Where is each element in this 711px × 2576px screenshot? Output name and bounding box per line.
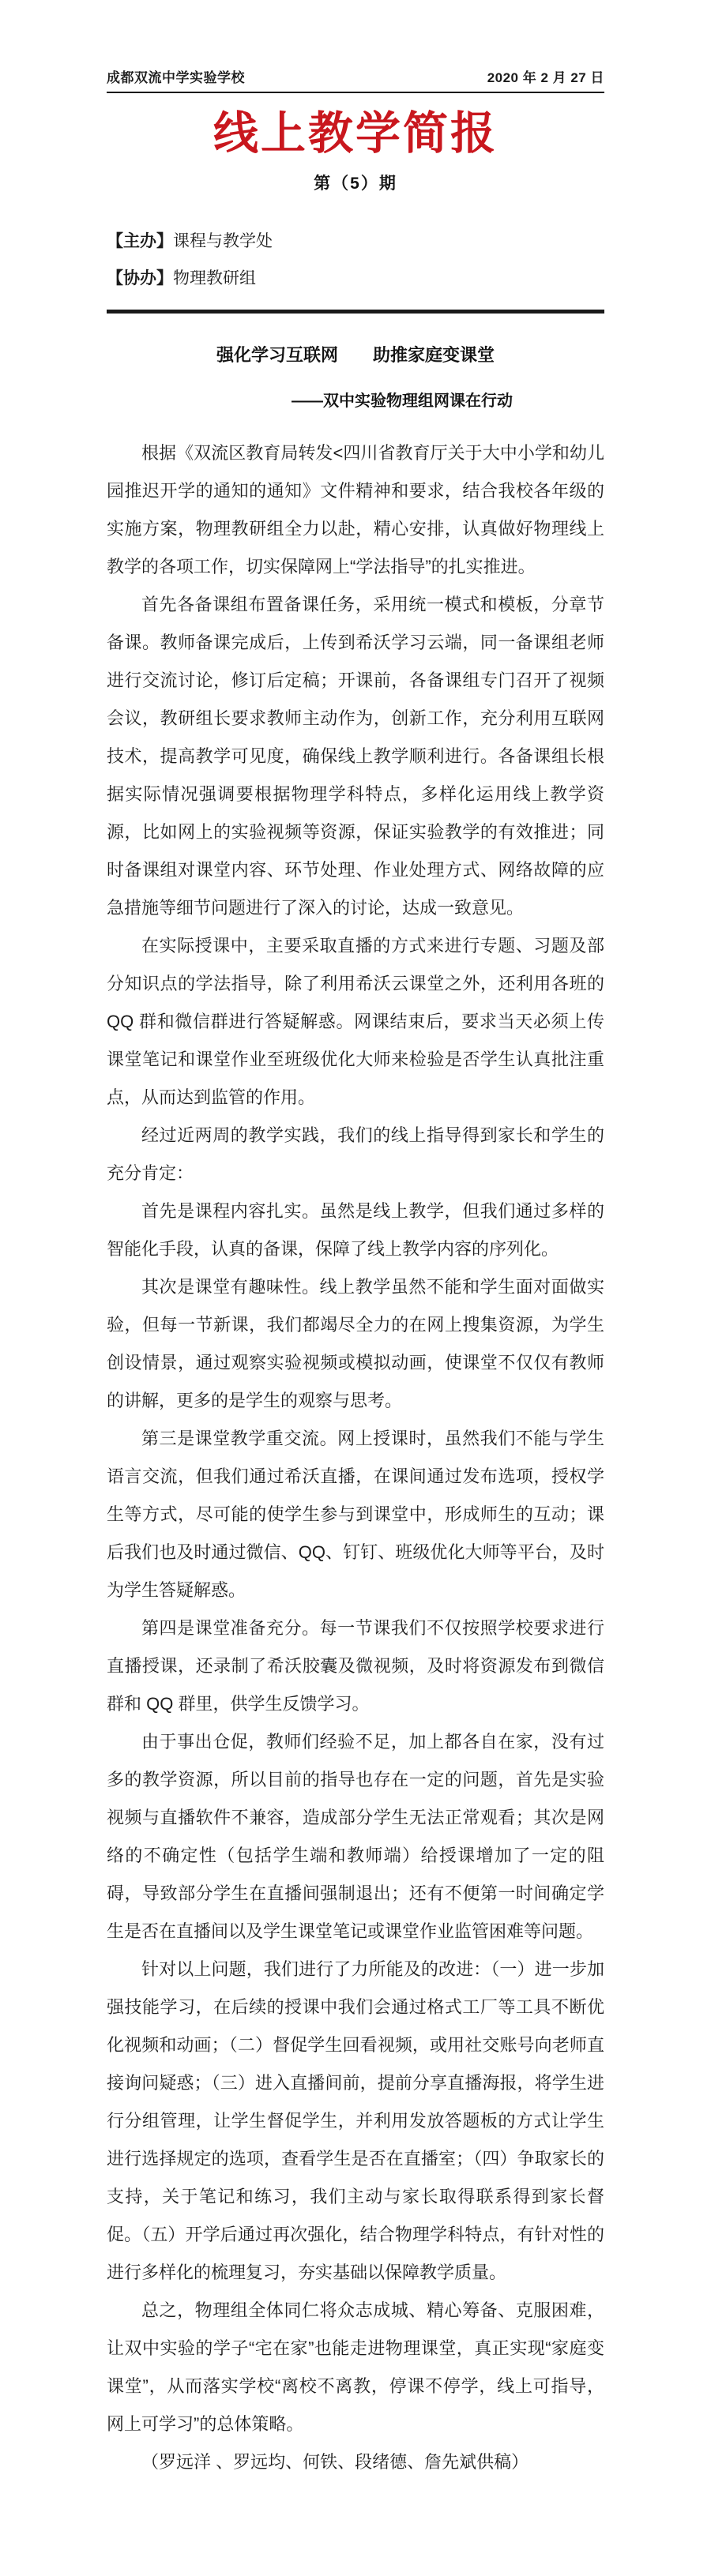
body-paragraph: 根据《双流区教育局转发<四川省教育厅关于大中小学和幼儿园推迟开学的通知的通知》文… (107, 434, 604, 586)
cohost-value: 物理教研组 (173, 269, 256, 287)
cohost-line: 【协办】物理教研组 (107, 269, 604, 288)
issue-date: 2020 年 2 月 27 日 (487, 66, 604, 86)
host-line: 【主办】课程与教学处 (107, 232, 604, 251)
article-subheadline: ——双中实验物理组网课在行动 (107, 388, 604, 411)
host-value: 课程与教学处 (173, 232, 273, 250)
body-paragraph: 首先是课程内容扎实。虽然是线上教学，但我们通过多样的智能化手段，认真的备课，保障… (107, 1192, 604, 1268)
meta-block: 【主办】课程与教学处 【协办】物理教研组 (107, 232, 604, 288)
cohost-label: 【协办】 (107, 269, 173, 287)
school-name: 成都双流中学实验学校 (107, 66, 245, 86)
body-paragraph: 由于事出仓促，教师们经验不足，加上都各自在家，没有过多的教学资源，所以目前的指导… (107, 1723, 604, 1951)
article-body: 根据《双流区教育局转发<四川省教育厅关于大中小学和幼儿园推迟开学的通知的通知》文… (107, 434, 604, 2443)
body-paragraph: 第四是课堂准备充分。每一节课我们不仅按照学校要求进行直播授课，还录制了希沃胶囊及… (107, 1609, 604, 1723)
issue-number: 第（5）期 (107, 171, 604, 194)
bulletin-title: 线上教学简报 (107, 109, 604, 159)
host-label: 【主办】 (107, 232, 173, 250)
body-paragraph: 在实际授课中，主要采取直播的方式来进行专题、习题及部分知识点的学法指导，除了利用… (107, 927, 604, 1117)
body-paragraph: 其次是课堂有趣味性。线上教学虽然不能和学生面对面做实验，但每一节新课，我们都竭尽… (107, 1268, 604, 1420)
page-header: 成都双流中学实验学校 2020 年 2 月 27 日 (107, 66, 604, 93)
byline: （罗远洋 、罗远均、何铁、段绪德、詹先斌供稿） (107, 2443, 604, 2481)
article-headline: 强化学习互联网 助推家庭变课堂 (107, 342, 604, 366)
body-paragraph: 首先各备课组布置备课任务，采用统一模式和模板，分章节备课。教师备课完成后，上传到… (107, 586, 604, 927)
body-paragraph: 第三是课堂教学重交流。网上授课时，虽然我们不能与学生语言交流，但我们通过希沃直播… (107, 1420, 604, 1609)
divider-rule (107, 310, 604, 314)
bulletin-page: 成都双流中学实验学校 2020 年 2 月 27 日 线上教学简报 第（5）期 … (0, 0, 711, 2576)
body-paragraph: 总之，物理组全体同仁将众志成城、精心筹备、克服困难，让双中实验的学子“宅在家”也… (107, 2292, 604, 2443)
body-paragraph: 针对以上问题，我们进行了力所能及的改进：（一）进一步加强技能学习，在后续的授课中… (107, 1951, 604, 2292)
body-paragraph: 经过近两周的教学实践，我们的线上指导得到家长和学生的充分肯定： (107, 1117, 604, 1192)
